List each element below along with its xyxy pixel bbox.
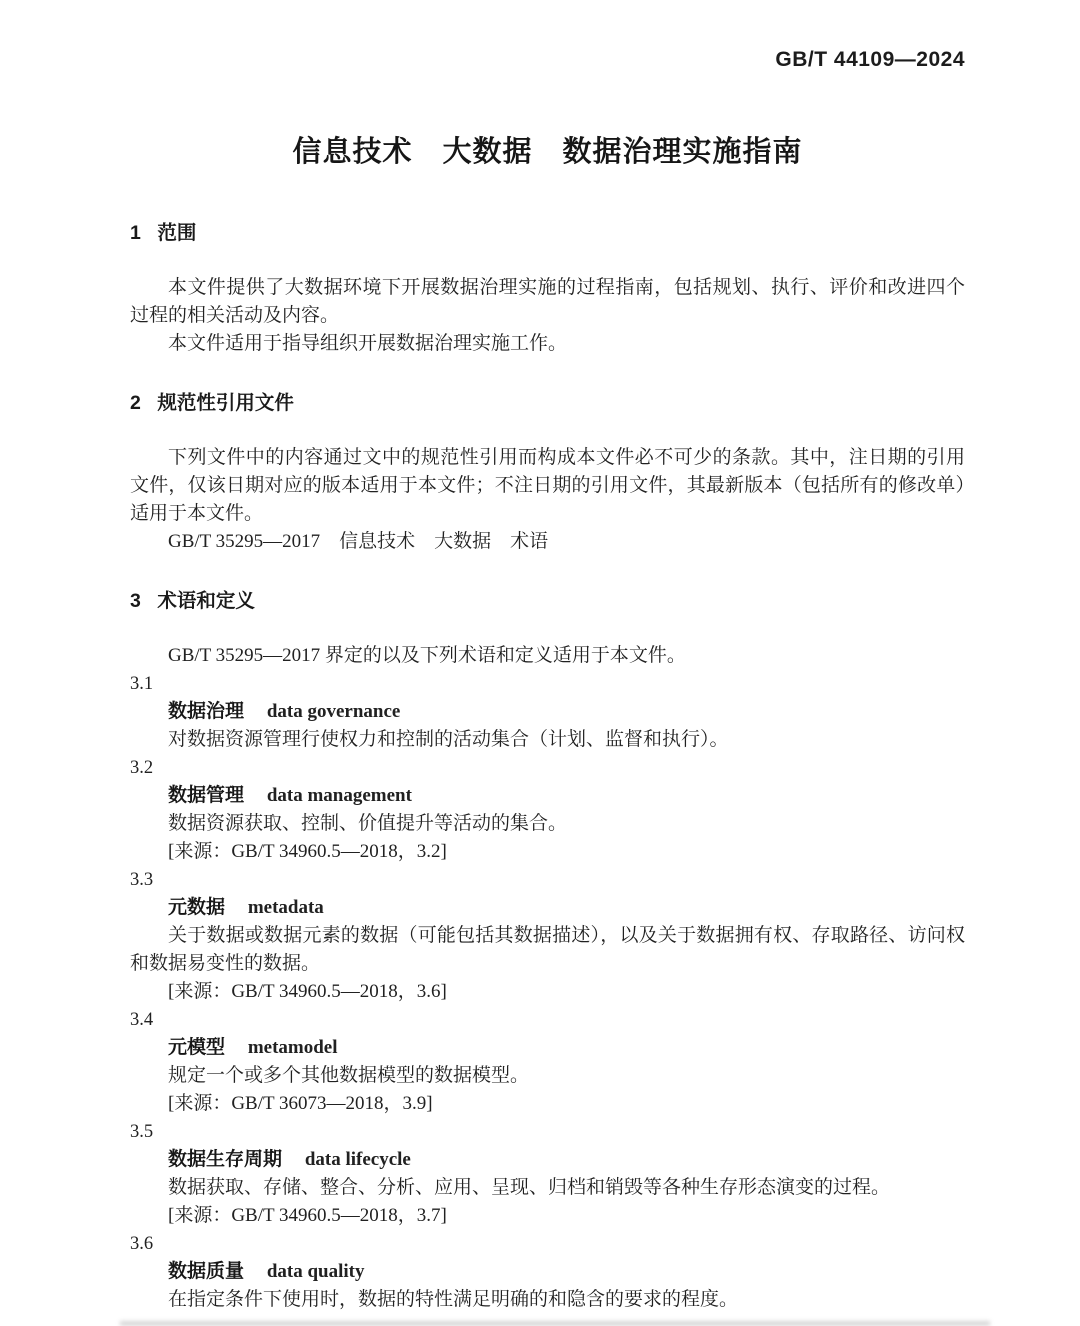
scope-paragraph-1: 本文件提供了大数据环境下开展数据治理实施的过程指南，包括规划、执行、评价和改进四… [130, 274, 965, 330]
scope-paragraph-2: 本文件适用于指导组织开展数据治理实施工作。 [130, 330, 965, 358]
term-number: 3.1 [130, 670, 965, 698]
terms-intro: GB/T 35295—2017 界定的以及下列术语和定义适用于本文件。 [130, 642, 965, 670]
term-definition: 在指定条件下使用时，数据的特性满足明确的和隐含的要求的程度。 [130, 1286, 965, 1314]
clause-2-title: 规范性引用文件 [157, 392, 294, 414]
term-number: 3.4 [130, 1006, 965, 1034]
term-number: 3.6 [130, 1230, 965, 1258]
term-title: 元模型metamodel [130, 1034, 965, 1062]
term-source: [来源：GB/T 34960.5—2018，3.7] [130, 1202, 965, 1230]
clause-2-number: 2 [130, 390, 141, 416]
term-definition: 规定一个或多个其他数据模型的数据模型。 [130, 1062, 965, 1090]
term-source: [来源：GB/T 34960.5—2018，3.6] [130, 978, 965, 1006]
term-zh-label: 元数据 [168, 897, 225, 918]
doc-title: 信息技术 大数据 数据治理实施指南 [130, 130, 965, 174]
clause-3-number: 3 [130, 588, 141, 614]
term-entry-3-4: 3.4 元模型metamodel 规定一个或多个其他数据模型的数据模型。 [来源… [130, 1006, 965, 1118]
term-title: 数据质量data quality [130, 1258, 965, 1286]
term-entry-3-6: 3.6 数据质量data quality 在指定条件下使用时，数据的特性满足明确… [130, 1230, 965, 1314]
term-title: 元数据metadata [130, 894, 965, 922]
term-en-label: data governance [267, 701, 401, 722]
term-en-label: data quality [267, 1261, 365, 1282]
term-source: [来源：GB/T 36073—2018，3.9] [130, 1090, 965, 1118]
term-number: 3.3 [130, 866, 965, 894]
term-source: [来源：GB/T 34960.5—2018，3.2] [130, 838, 965, 866]
term-definition: 对数据资源管理行使权力和控制的活动集合（计划、监督和执行）。 [130, 726, 965, 754]
clause-2-heading: 2规范性引用文件 [130, 390, 965, 416]
term-title: 数据治理data governance [130, 698, 965, 726]
term-definition: 数据资源获取、控制、价值提升等活动的集合。 [130, 810, 965, 838]
term-en-label: metamodel [248, 1037, 338, 1058]
term-en-label: data management [267, 785, 412, 806]
term-entry-3-3: 3.3 元数据metadata 关于数据或数据元素的数据（可能包括其数据描述），… [130, 866, 965, 1006]
term-zh-label: 数据治理 [168, 701, 244, 722]
term-en-label: data lifecycle [305, 1149, 411, 1170]
normative-refs-paragraph: 下列文件中的内容通过文中的规范性引用而构成本文件必不可少的条款。其中，注日期的引… [130, 444, 965, 528]
clause-1-heading: 1范围 [130, 220, 965, 246]
clause-1-title: 范围 [157, 222, 196, 244]
clause-3-heading: 3术语和定义 [130, 588, 965, 614]
term-entry-3-2: 3.2 数据管理data management 数据资源获取、控制、价值提升等活… [130, 754, 965, 866]
term-entry-3-1: 3.1 数据治理data governance 对数据资源管理行使权力和控制的活… [130, 670, 965, 754]
page-bottom-cutoff-artifact [120, 1321, 990, 1326]
term-definition: 数据获取、存储、整合、分析、应用、呈现、归档和销毁等各种生存形态演变的过程。 [130, 1174, 965, 1202]
term-zh-label: 数据生存周期 [168, 1149, 282, 1170]
normative-ref-item: GB/T 35295—2017 信息技术 大数据 术语 [130, 528, 965, 556]
term-zh-label: 数据管理 [168, 785, 244, 806]
term-en-label: metadata [248, 897, 324, 918]
clause-3-title: 术语和定义 [157, 590, 255, 612]
term-title: 数据生存周期data lifecycle [130, 1146, 965, 1174]
clause-1-number: 1 [130, 220, 141, 246]
page-content: GB/T 44109—2024 信息技术 大数据 数据治理实施指南 1范围 本文… [0, 0, 1080, 1314]
document-page: GB/T 44109—2024 信息技术 大数据 数据治理实施指南 1范围 本文… [0, 0, 1080, 1326]
term-entry-3-5: 3.5 数据生存周期data lifecycle 数据获取、存储、整合、分析、应… [130, 1118, 965, 1230]
doc-number: GB/T 44109—2024 [130, 46, 965, 74]
term-zh-label: 数据质量 [168, 1261, 244, 1282]
term-number: 3.5 [130, 1118, 965, 1146]
term-title: 数据管理data management [130, 782, 965, 810]
term-number: 3.2 [130, 754, 965, 782]
term-definition: 关于数据或数据元素的数据（可能包括其数据描述），以及关于数据拥有权、存取路径、访… [130, 922, 965, 978]
term-zh-label: 元模型 [168, 1037, 225, 1058]
